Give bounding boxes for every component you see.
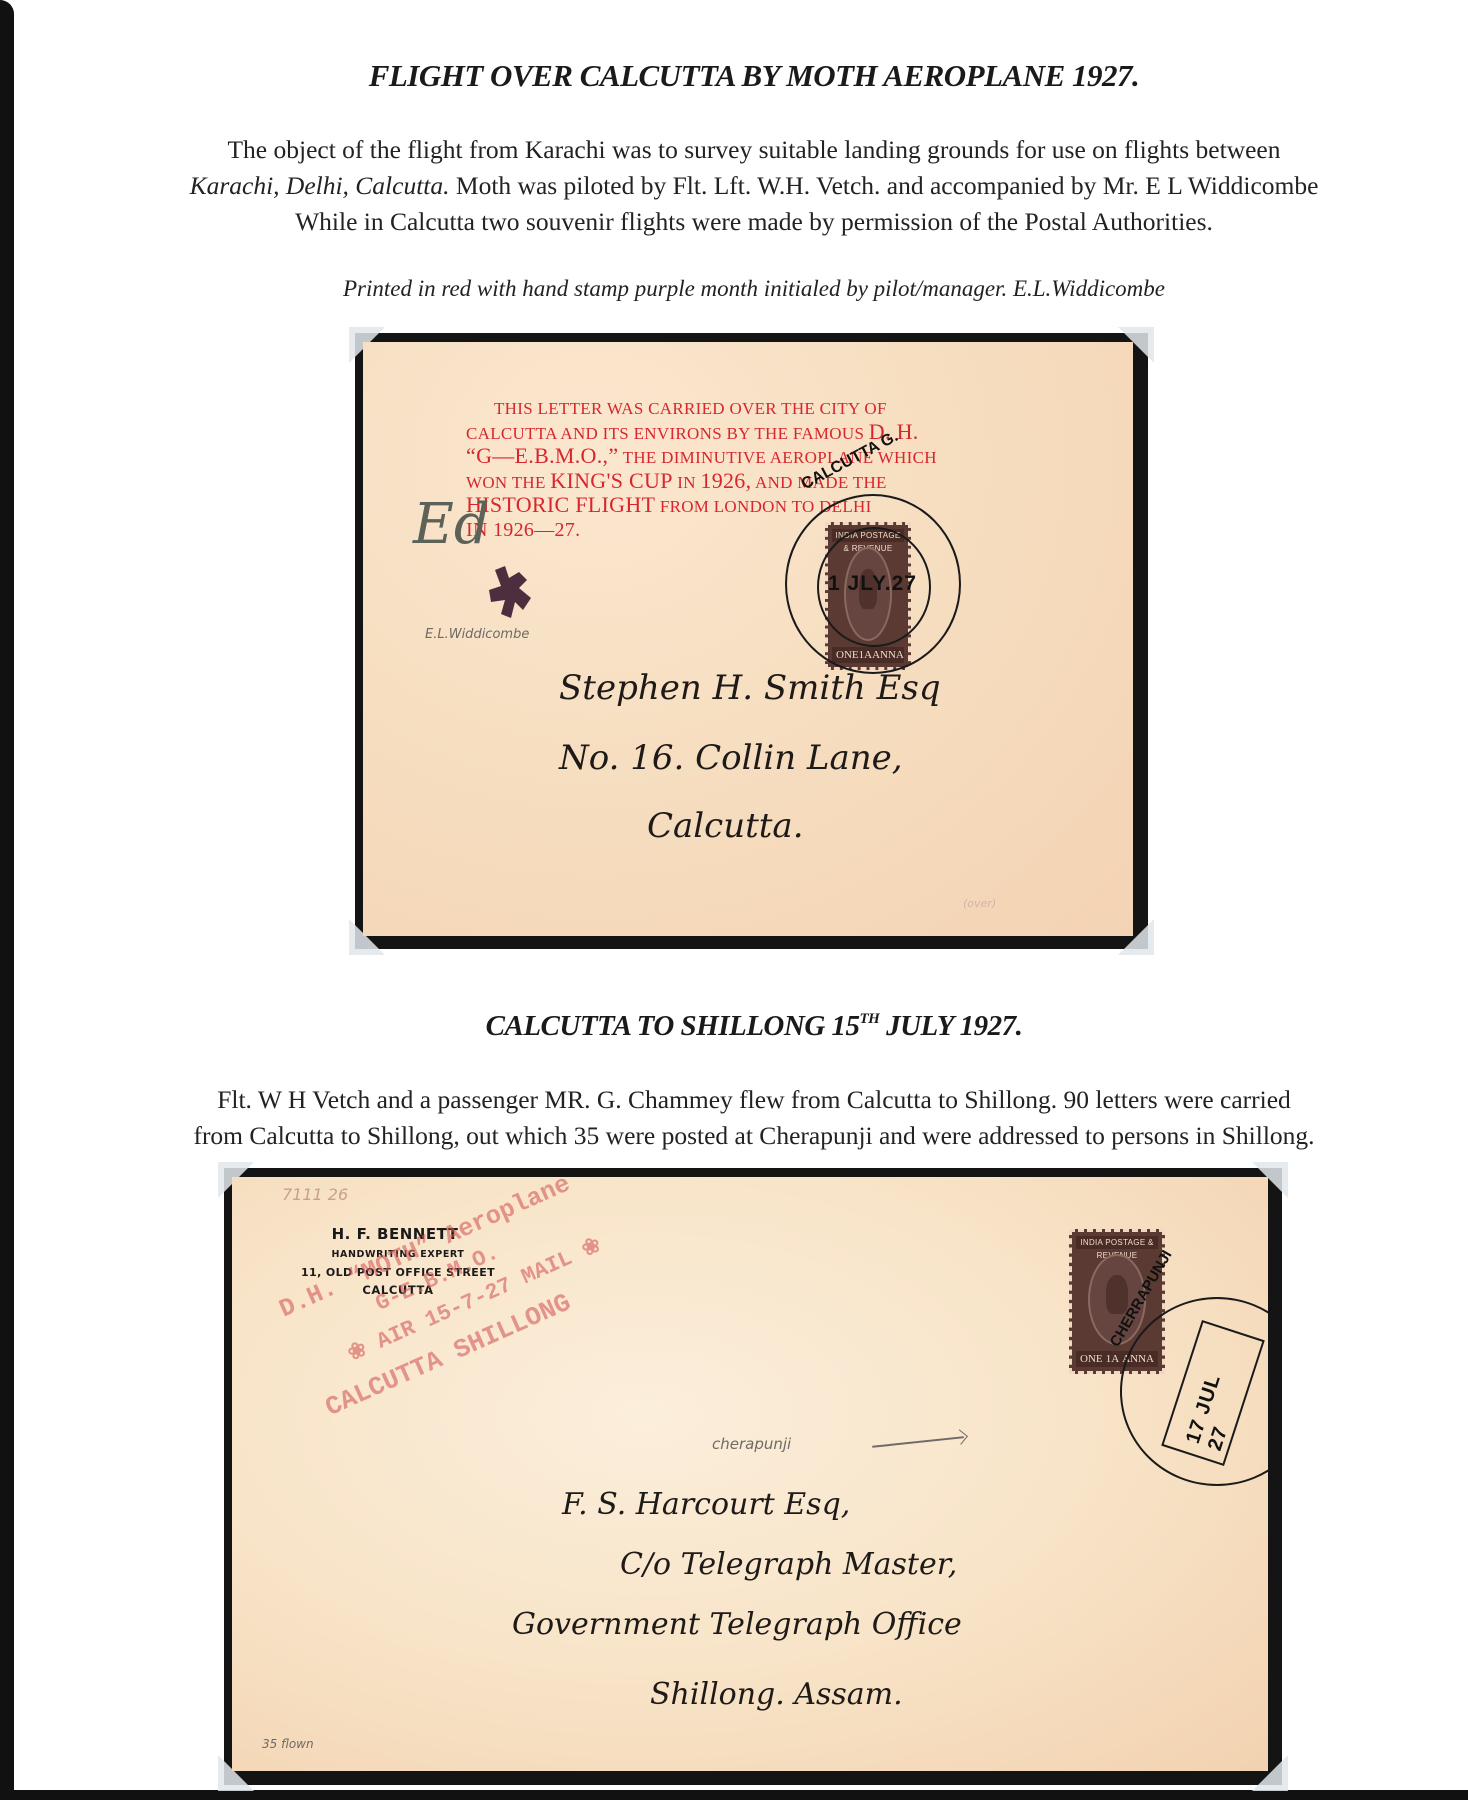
pencil-note: (over): [963, 897, 996, 910]
section-2-paragraph: Flt. W H Vetch and a passenger MR. G. Ch…: [20, 1082, 1468, 1154]
red-imprint-text: THIS LETTER WAS CARRIED OVER THE CITY OF…: [466, 398, 1056, 542]
address-line: Government Telegraph Office: [512, 1607, 962, 1642]
flown-count-note: 35 flown: [262, 1737, 314, 1751]
album-page-edge: [0, 0, 14, 1800]
cover-1-envelope: THIS LETTER WAS CARRIED OVER THE CITY OF…: [363, 342, 1133, 936]
intro-line-1: The object of the flight from Karachi wa…: [20, 132, 1468, 168]
imprint-line: IN 1926—27.: [466, 519, 1056, 543]
cover-2-envelope: 7111 26 H. F. BENNETT HANDWRITING EXPERT…: [232, 1177, 1268, 1771]
cover-2-mount: 7111 26 H. F. BENNETT HANDWRITING EXPERT…: [224, 1168, 1282, 1785]
address-line: C/o Telegraph Master,: [620, 1547, 957, 1582]
cover-1-mount: THIS LETTER WAS CARRIED OVER THE CITY OF…: [355, 333, 1148, 949]
address-line: F. S. Harcourt Esq,: [562, 1487, 850, 1522]
purple-handstamp-icon: [483, 562, 543, 624]
intro-pilot: Moth was piloted by Flt. Lft. W.H. Vetch…: [450, 171, 1319, 200]
air-mail-cachet: D.H. “MOTH” Aeroplane G-E.B.M.O. ❀ AIR 1…: [232, 1177, 747, 1507]
imprint-line: “G—E.B.M.O.,” THE DIMINUTIVE AEROPLANE W…: [466, 445, 1056, 470]
pilot-initials: Ed: [413, 492, 490, 557]
printing-note: Printed in red with hand stamp purple mo…: [20, 276, 1468, 302]
section-2-title: CALCUTTA TO SHILLONG 15TH JULY 1927.: [20, 1010, 1468, 1043]
address-line: Stephen H. Smith Esq: [559, 668, 941, 708]
imprint-line: WON THE KING'S CUP IN 1926, AND MADE THE: [466, 470, 1056, 495]
stamp-header: INDIA POSTAGE & REVENUE: [1076, 1236, 1158, 1249]
cherapunji-annotation: cherapunji: [712, 1435, 791, 1453]
intro-line-3: While in Calcutta two souvenir flights w…: [20, 204, 1468, 240]
section-2-line-1: Flt. W H Vetch and a passenger MR. G. Ch…: [20, 1082, 1468, 1118]
imprint-line: THIS LETTER WAS CARRIED OVER THE CITY OF: [466, 398, 1056, 421]
imprint-line: HISTORIC FLIGHT FROM LONDON TO DELHI: [466, 494, 1056, 519]
album-page-edge-bottom: [0, 1790, 1468, 1800]
postmark-date: 1 JLY.27: [828, 572, 917, 596]
section-2-line-2: from Calcutta to Shillong, out which 35 …: [20, 1118, 1468, 1154]
arrow-icon: [872, 1436, 964, 1447]
intro-cities: Karachi, Delhi, Calcutta.: [190, 171, 450, 200]
widdicombe-signature: E.L.Widdicombe: [425, 627, 529, 642]
address-line: Calcutta.: [647, 806, 804, 846]
address-line: No. 16. Collin Lane,: [559, 738, 903, 778]
address-line: Shillong. Assam.: [650, 1677, 903, 1712]
intro-line-2: Karachi, Delhi, Calcutta. Moth was pilot…: [20, 168, 1468, 204]
imprint-line: CALCUTTA AND ITS ENVIRONS BY THE FAMOUS …: [466, 421, 1056, 446]
page-title: FLIGHT OVER CALCUTTA BY MOTH AEROPLANE 1…: [20, 58, 1468, 94]
intro-paragraph: The object of the flight from Karachi wa…: [20, 132, 1468, 240]
